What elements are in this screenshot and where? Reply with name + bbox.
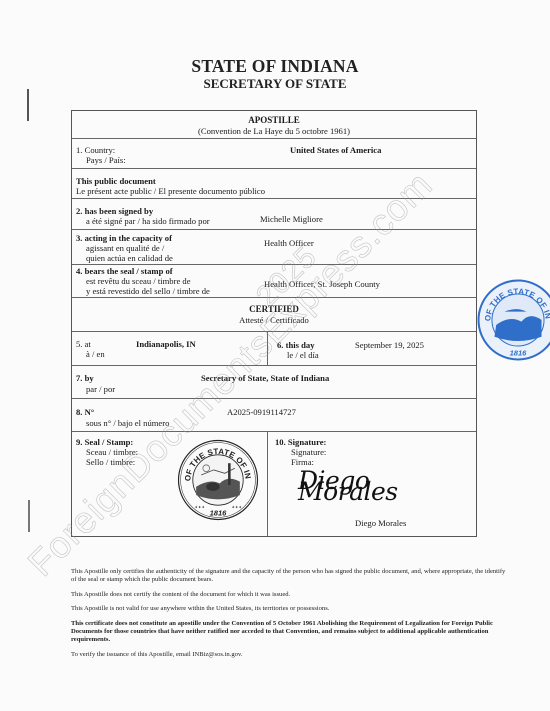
svg-text:1816: 1816	[210, 508, 228, 517]
apostille-title: APOSTILLE	[72, 115, 476, 126]
scan-margin-mark	[27, 89, 29, 121]
seal-of-row: 4. bears the seal / stamp of est revêtu …	[72, 265, 476, 298]
office-title: SECRETARY OF STATE	[0, 76, 550, 91]
seal-of-label: 4. bears the seal / stamp of	[76, 266, 173, 277]
certified-title: CERTIFIED	[72, 304, 476, 315]
by-label: 7. by	[76, 373, 94, 384]
note-content: This Apostille does not certify the cont…	[71, 591, 511, 599]
country-row: 1. Country: Pays / País: United States o…	[72, 139, 476, 169]
signed-by-sublabel: a été signé par / ha sido firmado por	[86, 216, 210, 227]
indiana-state-seal-icon: SEAL OF THE STATE OF INDIANA 1816 ✦✦✦ ✦✦…	[176, 438, 260, 522]
scan-margin-mark	[28, 500, 30, 532]
blue-embossed-seal-icon: SEAL OF THE STATE OF INDIANA 1816	[476, 278, 550, 362]
this-day-label: 6. this day	[277, 340, 315, 351]
by-sublabel: par / por	[86, 384, 115, 395]
column-divider	[267, 332, 268, 365]
country-value: United States of America	[290, 145, 381, 156]
seal-of-sublabel-fr: est revêtu du sceau / timbre de	[86, 276, 191, 287]
place-date-row: 5. at à / en Indianapolis, IN 6. this da…	[72, 332, 476, 366]
by-row: 7. by par / por Secretary of State, Stat…	[72, 366, 476, 399]
handwritten-signature: Diego Morales	[298, 476, 476, 497]
public-document-row: This public document Le présent acte pub…	[72, 169, 476, 199]
country-label: 1. Country:	[76, 145, 115, 156]
signature-sublabel-fr: Signature:	[291, 447, 326, 458]
signed-by-row: 2. has been signed by a été signé par / …	[72, 199, 476, 230]
apostille-notes: This Apostille only certifies the authen…	[71, 568, 511, 665]
verify-instructions: To verify the issuance of this Apostille…	[71, 651, 511, 659]
note-validity: This Apostille is not valid for use anyw…	[71, 605, 511, 613]
column-divider	[267, 432, 268, 536]
capacity-sublabel-fr: agissant en qualité de /	[86, 243, 164, 254]
certified-sublabel: Attesté / Certificado	[72, 315, 476, 326]
signature-label: 10. Signature:	[275, 437, 326, 448]
state-title: STATE OF INDIANA	[0, 57, 550, 76]
certified-row: CERTIFIED Attesté / Certificado	[72, 298, 476, 332]
capacity-value: Health Officer	[264, 238, 314, 249]
document-header: STATE OF INDIANA SECRETARY OF STATE	[0, 57, 550, 91]
svg-text:✦✦✦: ✦✦✦	[231, 505, 242, 510]
notice-convention: This certificate does not constitute an …	[71, 620, 511, 643]
number-value: A2025-0919114727	[227, 407, 296, 418]
signer-name: Diego Morales	[355, 518, 406, 529]
capacity-sublabel-es: quien actúa en calidad de	[86, 253, 173, 264]
apostille-table: APOSTILLE (Convention de La Haye du 5 oc…	[71, 110, 477, 537]
number-label: 8. N°	[76, 407, 94, 418]
svg-text:1816: 1816	[510, 348, 528, 357]
this-day-value: September 19, 2025	[355, 340, 424, 351]
number-row: 8. N° sous n° / bajo el número A2025-091…	[72, 399, 476, 432]
public-document-label: This public document	[76, 176, 156, 187]
capacity-row: 3. acting in the capacity of agissant en…	[72, 230, 476, 265]
seal-of-sublabel-es: y está revestido del sello / timbre de	[86, 286, 210, 297]
convention-subtitle: (Convention de La Haye du 5 octobre 1961…	[72, 126, 476, 137]
svg-text:✦✦✦: ✦✦✦	[194, 505, 205, 510]
seal-of-value: Health Officer, St. Joseph County	[264, 279, 380, 290]
at-value: Indianapolis, IN	[136, 339, 196, 350]
stamp-sublabel-es: Sello / timbre:	[86, 457, 135, 468]
note-authenticity: This Apostille only certifies the authen…	[71, 568, 511, 584]
by-value: Secretary of State, State of Indiana	[201, 373, 329, 384]
country-sublabel: Pays / País:	[86, 155, 126, 166]
apostille-page: STATE OF INDIANA SECRETARY OF STATE APOS…	[0, 0, 550, 711]
signed-by-value: Michelle Migliore	[260, 214, 323, 225]
signed-by-label: 2. has been signed by	[76, 206, 153, 217]
at-label: 5. at	[76, 339, 91, 350]
stamp-sublabel-fr: Sceau / timbre:	[86, 447, 138, 458]
number-sublabel: sous n° / bajo el número	[86, 418, 169, 429]
at-sublabel: à / en	[86, 349, 105, 360]
seal-signature-row: 9. Seal / Stamp: Sceau / timbre: Sello /…	[72, 432, 476, 536]
apostille-heading-row: APOSTILLE (Convention de La Haye du 5 oc…	[72, 111, 476, 139]
public-document-sublabel: Le présent acte public / El presente doc…	[76, 186, 265, 197]
capacity-label: 3. acting in the capacity of	[76, 233, 172, 244]
this-day-sublabel: le / el día	[287, 350, 319, 361]
stamp-label: 9. Seal / Stamp:	[76, 437, 133, 448]
